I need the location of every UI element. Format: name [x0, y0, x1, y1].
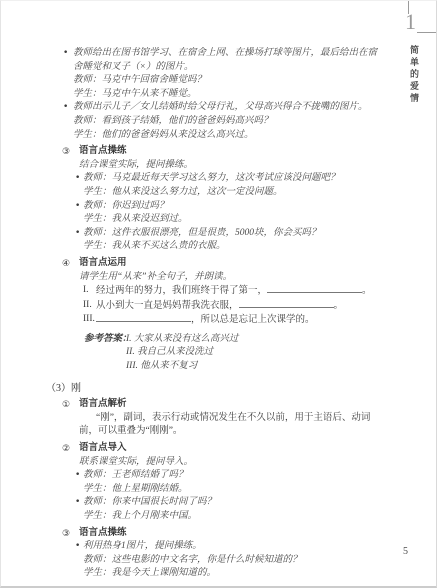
fill-in-item: I.经过两年的努力，我们班终于得了第一，。 — [46, 284, 382, 299]
bullet-item: •教师：王老师结婚了吗？ — [46, 469, 382, 483]
section-title: 语言点解析 — [79, 399, 127, 409]
dialog-line: 教师：看到孩子结婚，他们的爸爸妈妈高兴吗？ — [46, 115, 382, 129]
answer-line: III. 他从来不复习 — [126, 360, 382, 374]
fill-pre-text: 从小到大一直是妈妈帮我洗衣服， — [96, 301, 239, 311]
bullet-text: 教师：马克最近每天学习这么努力，这次考试应该没问题吧？ — [83, 173, 340, 183]
dialog-line: 请学生用“从来”补全句子，并朗读。 — [46, 271, 382, 285]
section-heading: ①语言点解析 — [46, 398, 382, 412]
bullet-icon: • — [75, 200, 80, 214]
dialog-line: 学生：我从来不买这么贵的衣服。 — [46, 240, 382, 254]
bullet-item: •教师：你迟到过吗？ — [46, 200, 382, 214]
content-blocks: •教师给出在图书馆学习、在宿舍上网、在操场打球等图片，最后给出在宿舍睡觉和叉子（… — [46, 47, 382, 581]
section-title: 语言点导入 — [79, 443, 127, 453]
bullet-text: 利用热身1图片，提问操练。 — [83, 541, 202, 551]
fill-post-text: 。 — [362, 286, 372, 296]
bullet-text: 教师：这件衣服很漂亮，但是很贵，5000块，你会买吗？ — [83, 228, 321, 238]
bullet-icon: • — [75, 227, 80, 241]
bullet-text: 教师：你来中国很长时间了吗？ — [83, 497, 216, 507]
bullet-icon: • — [75, 496, 80, 510]
dialog-line: 学生：我上个月刚来中国。 — [46, 510, 382, 524]
section-heading: ③语言点操练 — [46, 527, 382, 541]
bullet-item: •教师出示儿子／女儿结婚时给父母行礼，父母高兴得合不拢嘴的图片。 — [46, 101, 382, 115]
fill-post-text: ，所以总是忘记上次课学的。 — [191, 315, 315, 325]
dialog-line: 结合课堂实际，提问操练。 — [46, 159, 382, 173]
item-numeral: II. — [83, 299, 92, 313]
chapter-title: 简单的爱情 — [407, 45, 420, 105]
section-number-icon: ④ — [62, 258, 70, 272]
book-page: 1 简单的爱情 •教师给出在图书馆学习、在宿舍上网、在操场打球等图片，最后给出在… — [0, 0, 437, 588]
bullet-text: 教师给出在图书馆学习、在宿舍上网、在操场打球等图片，最后给出在宿舍睡觉和叉子（×… — [73, 48, 377, 72]
dialog-line: 学生：他从来没这么努力过，这次一定没问题。 — [46, 186, 382, 200]
section-number-icon: ② — [62, 443, 70, 457]
dialog-line: 学生：他上星期刚结婚。 — [46, 483, 382, 497]
bullet-icon: • — [75, 172, 80, 186]
fill-pre-text: 经过两年的努力，我们班终于得了第一， — [96, 286, 267, 296]
section-heading: ③语言点操练 — [46, 145, 382, 159]
bullet-text: 教师：你迟到过吗？ — [83, 201, 169, 211]
item-numeral: I. — [83, 284, 89, 298]
bullet-icon: • — [75, 540, 80, 554]
dialog-line: 教师：马克中午回宿舍睡觉吗？ — [46, 74, 382, 88]
section-heading: ②语言点导入 — [46, 442, 382, 456]
dialog-line: 学生：我是今天上课刚知道的。 — [46, 567, 382, 581]
section-heading: ④语言点运用 — [46, 257, 382, 271]
page-number: 5 — [403, 546, 408, 557]
section-number-icon: ① — [62, 399, 70, 413]
answers-label: 参考答案： — [84, 333, 132, 347]
part-heading: （3）刚 — [46, 382, 382, 396]
section-title: 语言点操练 — [79, 528, 127, 538]
dialog-line: 学生：马克中午从来不睡觉。 — [46, 88, 382, 102]
section-number-icon: ③ — [62, 528, 70, 542]
dialog-line: 联系课堂实际，提问导入。 — [46, 456, 382, 470]
fill-post-text: 。 — [334, 301, 344, 311]
answer-line: I. 大家从来没有这么高兴过 — [126, 333, 382, 347]
chapter-tab-rule — [417, 32, 436, 33]
bullet-item: •利用热身1图片，提问操练。 — [46, 540, 382, 554]
bullet-item: •教师：你来中国很长时间了吗？ — [46, 496, 382, 510]
dialog-line: 教师：这些电影的中文名字，你是什么时候知道的？ — [46, 554, 382, 568]
dialog-line: 学生：我从来没迟到过。 — [46, 213, 382, 227]
bullet-item: •教师：马克最近每天学习这么努力，这次考试应该没问题吧？ — [46, 172, 382, 186]
fill-in-item: III.，所以总是忘记上次课学的。 — [46, 313, 382, 328]
paragraph: “刚”，副词，表示行动或情况发生在不久以前，用于主语后、动词前，可以重叠为“刚刚… — [46, 412, 382, 439]
blank-line — [267, 284, 362, 293]
section-number-icon: ③ — [62, 146, 70, 160]
chapter-number: 1 — [405, 11, 416, 33]
fill-in-item: II.从小到大一直是妈妈帮我洗衣服，。 — [46, 299, 382, 314]
section-title: 语言点运用 — [79, 258, 127, 268]
bullet-icon: • — [75, 469, 80, 483]
bullet-item: •教师：这件衣服很漂亮，但是很贵，5000块，你会买吗？ — [46, 227, 382, 241]
section-title: 语言点操练 — [79, 146, 127, 156]
blank-line — [96, 313, 191, 322]
bullet-item: •教师给出在图书馆学习、在宿舍上网、在操场打球等图片，最后给出在宿舍睡觉和叉子（… — [46, 47, 382, 74]
dialog-line: 学生：他们的爸爸妈妈从来没这么高兴过。 — [46, 129, 382, 143]
bullet-icon: • — [63, 101, 68, 115]
answers-block: 参考答案：I. 大家从来没有这么高兴过II. 我自己从来没洗过III. 他从来不… — [46, 333, 382, 374]
blank-line — [239, 299, 334, 308]
answer-line: II. 我自己从来没洗过 — [126, 346, 382, 360]
bullet-icon: • — [63, 47, 68, 61]
item-numeral: III. — [83, 313, 95, 327]
bullet-text: 教师出示儿子／女儿结婚时给父母行礼，父母高兴得合不拢嘴的图片。 — [73, 102, 368, 112]
bullet-text: 教师：王老师结婚了吗？ — [83, 470, 188, 480]
